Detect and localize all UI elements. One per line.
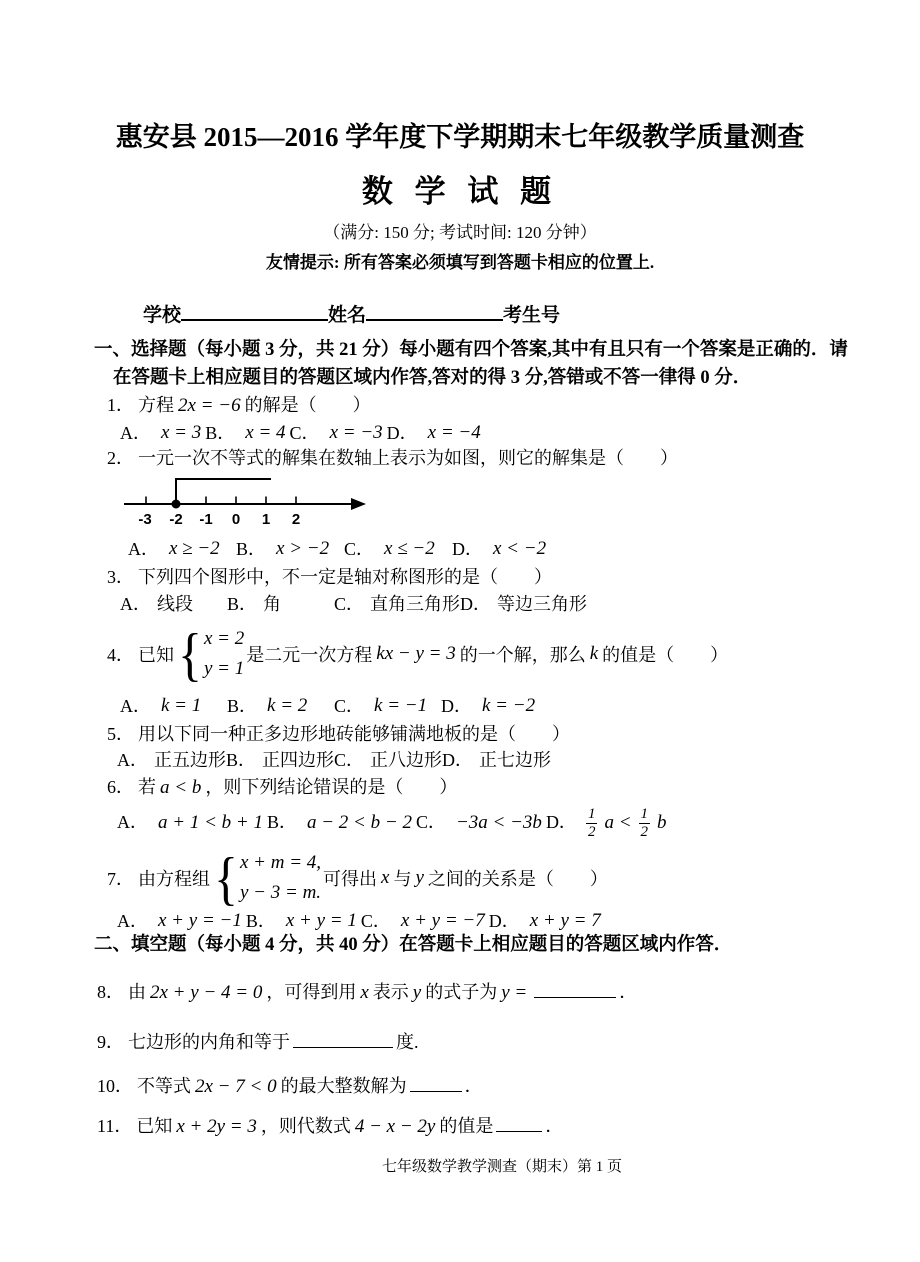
option-a: A．线段 (120, 593, 227, 616)
tick-label: -3 (138, 511, 151, 528)
option-math: a < (604, 811, 631, 836)
option-b: B．x = 4 (205, 421, 289, 446)
stem-math: y (413, 982, 421, 1003)
option-label: C． (344, 538, 374, 561)
stem-text: 若 (138, 777, 156, 797)
stem-math: x (360, 982, 368, 1003)
option-label: A． (117, 910, 148, 933)
option-a: A．x + y = −1 (117, 909, 246, 934)
option-label: B． (246, 910, 276, 933)
school-label: 学校 (143, 305, 181, 326)
option-value: 等边三角形 (497, 593, 587, 616)
stem-text: 的式子为 (425, 982, 497, 1002)
option-c: C．x + y = −7 (361, 909, 489, 934)
option-math: b (657, 811, 667, 836)
question-5-options: A．正五边形 B．正四边形 C．正八边形 D．正七边形 (117, 749, 551, 772)
question-number: 8． (97, 982, 124, 1002)
option-value: a − 2 < b − 2 (307, 811, 412, 836)
stem-text: 七边形的内角和等于 (128, 1032, 290, 1052)
stem-text: 可得出 (323, 865, 377, 891)
option-c: C．k = −1 (334, 694, 441, 719)
option-d: D．k = −2 (441, 694, 548, 719)
section-choice-heading-line2: 在答题卡上相应题目的答题区域内作答,答对的得 3 分,答错或不答一律得 0 分． (113, 366, 751, 390)
option-label: D． (489, 910, 520, 933)
tick-label: -2 (169, 511, 182, 528)
option-d: D．x < −2 (452, 537, 560, 562)
fraction-numerator: 1 (641, 806, 649, 823)
option-value: a + 1 < b + 1 (158, 811, 263, 836)
stem-math: kx − y = 3 (376, 643, 455, 665)
option-c: C．−3a < −3b (416, 811, 546, 836)
option-label: D． (460, 593, 491, 616)
option-value: x = 4 (245, 421, 285, 446)
option-c: C．x ≤ −2 (344, 537, 452, 562)
stem-text: 的一个解，那么 (460, 641, 586, 667)
stem-text: 不等式 (137, 1076, 191, 1096)
option-label: A． (120, 593, 151, 616)
option-b: B．k = 2 (227, 694, 334, 719)
question-4-options: A．k = 1 B．k = 2 C．k = −1 D．k = −2 (120, 694, 548, 719)
option-label: B． (226, 749, 256, 772)
option-label: C． (334, 593, 364, 616)
answer-blank (293, 1031, 393, 1048)
fraction-denominator: 2 (639, 823, 651, 841)
system-equation-1: x = 2 (204, 624, 244, 654)
option-label: D． (442, 749, 473, 772)
option-c: C．x = −3 (290, 421, 387, 446)
question-number: 5． (107, 724, 134, 744)
equation-system: x + m = 4, y − 3 = m. (240, 848, 321, 909)
option-d: D．等边三角形 (460, 593, 587, 616)
option-value: 正八边形 (370, 749, 442, 772)
section-fill-heading: 二、填空题（每小题 4 分，共 40 分）在答题卡上相应题目的答题区域内作答． (94, 933, 732, 957)
question-1-stem: 1．方程2x = −6的解是（ ） (107, 394, 371, 419)
option-label: A． (128, 538, 159, 561)
option-value: k = −1 (374, 694, 427, 719)
option-value: x + y = −7 (401, 909, 485, 934)
fraction: 12 (639, 806, 651, 840)
tick-label: -1 (199, 511, 212, 528)
option-d: D．x = −4 (387, 421, 485, 446)
stem-math: a < b (160, 777, 201, 798)
option-label: C． (290, 422, 320, 445)
stem-text: 的值是（ ） (602, 641, 728, 667)
exam-meta: （满分: 150 分; 考试时间: 120 分钟） (0, 222, 920, 244)
question-9: 9．七边形的内角和等于度. (97, 1031, 419, 1054)
stem-text: 方程 (138, 395, 174, 415)
system-equation-1: x + m = 4, (240, 848, 321, 878)
option-value: x ≤ −2 (384, 537, 435, 562)
question-number: 4． (107, 641, 134, 667)
system-equation-2: y − 3 = m. (240, 878, 321, 908)
question-4-stem: 4．已知 { x = 2 y = 1 是二元一次方程kx − y = 3的一个解… (107, 618, 728, 690)
answer-blank (410, 1075, 462, 1092)
answer-blank (534, 981, 616, 998)
option-d: D． 12 a < 12 b (546, 806, 671, 840)
question-number: 2． (107, 448, 134, 468)
question-5-stem: 5．用以下同一种正多边形地砖能够铺满地板的是（ ） (107, 723, 570, 746)
stem-text: 用以下同一种正多边形地砖能够铺满地板的是（ ） (138, 724, 570, 744)
name-blank (366, 301, 503, 321)
question-number: 7． (107, 865, 134, 891)
option-value: x + y = −1 (158, 909, 242, 934)
option-value: −3a < −3b (456, 811, 542, 836)
axis-arrowhead (351, 498, 366, 510)
exam-notice: 友情提示: 所有答案必须填写到答题卡相应的位置上. (0, 252, 920, 274)
system-brace: { (214, 849, 238, 908)
exam-page: 惠安县 2015—2016 学年度下学期期末七年级教学质量测查 数 学 试 题 … (0, 0, 920, 1262)
option-a: A．x = 3 (120, 421, 205, 446)
fraction-denominator: 2 (586, 823, 598, 841)
fraction: 12 (586, 806, 598, 840)
option-label: D． (387, 422, 418, 445)
option-value: x + y = 7 (530, 909, 601, 934)
page-title: 惠安县 2015—2016 学年度下学期期末七年级教学质量测查 (0, 120, 920, 155)
option-label: C． (361, 910, 391, 933)
subject-title: 数 学 试 题 (0, 172, 920, 212)
option-d: D．x + y = 7 (489, 909, 605, 934)
stem-text: 的解是（ ） (245, 395, 371, 415)
stem-math: 2x − 7 < 0 (195, 1076, 277, 1097)
option-value: x < −2 (493, 537, 546, 562)
option-b: B．a − 2 < b − 2 (267, 811, 416, 836)
option-value: x = −4 (428, 421, 481, 446)
stem-text: 由方程组 (138, 865, 210, 891)
option-b: B．角 (227, 593, 334, 616)
stem-text: ． (619, 982, 637, 1002)
option-value: k = −2 (482, 694, 535, 719)
stem-math: 2x + y − 4 = 0 (150, 982, 262, 1003)
option-value: x = 3 (161, 421, 201, 446)
option-label: A． (120, 422, 151, 445)
option-label: A． (120, 695, 151, 718)
option-a: A．x ≥ −2 (128, 537, 236, 562)
stem-math: 2x = −6 (178, 395, 241, 416)
stem-text: 下列四个图形中，不一定是轴对称图形的是（ ） (138, 567, 552, 587)
question-1-options: A．x = 3 B．x = 4 C．x = −3 D．x = −4 (120, 421, 485, 446)
option-b: B．正四边形 (226, 749, 334, 772)
option-value: 线段 (157, 593, 193, 616)
option-a: A．k = 1 (120, 694, 227, 719)
question-2-options: A．x ≥ −2 B．x > −2 C．x ≤ −2 D．x < −2 (128, 537, 560, 562)
stem-math: y (415, 867, 423, 889)
fraction-numerator: 1 (588, 806, 596, 823)
option-a: A．a + 1 < b + 1 (117, 811, 267, 836)
stem-text: 是二元一次方程 (246, 641, 372, 667)
option-label: B． (227, 593, 257, 616)
option-c: C．正八边形 (334, 749, 442, 772)
option-a: A．正五边形 (117, 749, 226, 772)
closed-endpoint-dot (172, 500, 181, 509)
option-label: B． (227, 695, 257, 718)
option-value: x + y = 1 (286, 909, 357, 934)
option-d: D．正七边形 (442, 749, 551, 772)
option-value: 正四边形 (262, 749, 334, 772)
question-number: 6． (107, 777, 134, 797)
option-b: B．x > −2 (236, 537, 344, 562)
stem-text: ，则下列结论错误的是（ ） (205, 777, 457, 797)
stem-text: ，可得到用 (266, 982, 356, 1002)
stem-math: x + 2y = 3 (176, 1116, 257, 1137)
tick-label: 1 (262, 511, 270, 528)
question-6-stem: 6．若a < b，则下列结论错误的是（ ） (107, 776, 457, 801)
option-value: k = 1 (161, 694, 201, 719)
option-value: k = 2 (267, 694, 307, 719)
option-label: B． (236, 538, 266, 561)
stem-text: 已知 (138, 641, 174, 667)
question-8: 8．由2x + y − 4 = 0，可得到用x表示y的式子为y =． (97, 981, 637, 1006)
stem-text: 一元一次不等式的解集在数轴上表示为如图，则它的解集是（ ） (138, 448, 678, 468)
tick-label: 2 (292, 511, 300, 528)
stem-text: ． (545, 1116, 563, 1136)
option-label: D． (452, 538, 483, 561)
stem-text: ． (465, 1076, 483, 1096)
stem-math: x (381, 867, 389, 889)
option-value: x > −2 (276, 537, 329, 562)
stem-text: 的值是 (439, 1116, 493, 1136)
option-value: 正五边形 (154, 749, 226, 772)
stem-math: k (590, 643, 598, 665)
option-b: B．x + y = 1 (246, 909, 361, 934)
equation-system: x = 2 y = 1 (204, 624, 244, 685)
system-equation-2: y = 1 (204, 654, 244, 684)
option-value: 直角三角形 (370, 593, 460, 616)
question-3-options: A．线段 B．角 C．直角三角形 D．等边三角形 (120, 593, 587, 616)
candidate-label: 考生号 (503, 305, 560, 326)
tick-label: 0 (232, 511, 240, 528)
stem-math: 4 − x − 2y (355, 1116, 436, 1137)
question-number: 11． (97, 1116, 132, 1136)
question-6-options: A．a + 1 < b + 1 B．a − 2 < b − 2 C．−3a < … (117, 800, 671, 846)
question-number: 1． (107, 395, 134, 415)
option-c: C．直角三角形 (334, 593, 460, 616)
question-number: 9． (97, 1032, 124, 1052)
question-number: 10． (97, 1076, 133, 1096)
answer-blank (496, 1115, 542, 1132)
question-7-stem: 7．由方程组 { x + m = 4, y − 3 = m. 可得出x与y之间的… (107, 846, 608, 910)
name-label: 姓名 (328, 305, 366, 326)
system-brace: { (178, 625, 202, 684)
stem-text: 与 (393, 865, 411, 891)
stem-text: 由 (128, 982, 146, 1002)
solution-ray (176, 479, 271, 504)
stem-text: 表示 (373, 982, 409, 1002)
question-11: 11．已知x + 2y = 3，则代数式4 − x − 2y的值是． (97, 1115, 563, 1140)
stem-text: 的最大整数解为 (281, 1076, 407, 1096)
option-value: x = −3 (330, 421, 383, 446)
option-label: C． (334, 749, 364, 772)
option-label: C． (416, 811, 446, 834)
candidate-info-line: 学校姓名考生号 (143, 301, 560, 329)
question-7-options: A．x + y = −1 B．x + y = 1 C．x + y = −7 D．… (117, 909, 605, 934)
option-value: x ≥ −2 (169, 537, 220, 562)
question-3-stem: 3．下列四个图形中，不一定是轴对称图形的是（ ） (107, 566, 552, 589)
option-label: A． (117, 811, 148, 834)
option-label: B． (267, 811, 297, 834)
school-blank (181, 301, 328, 321)
stem-text: 之间的关系是（ ） (428, 865, 608, 891)
section-choice-heading-line1: 一、选择题（每小题 3 分，共 21 分）每小题有四个答案,其中有且只有一个答案… (94, 338, 848, 362)
stem-text: 已知 (136, 1116, 172, 1136)
option-value: 角 (263, 593, 281, 616)
option-label: B． (205, 422, 235, 445)
option-label: A． (117, 749, 148, 772)
question-10: 10．不等式2x − 7 < 0的最大整数解为． (97, 1075, 483, 1100)
option-label: C． (334, 695, 364, 718)
stem-text: 度. (396, 1032, 419, 1052)
stem-text: ，则代数式 (261, 1116, 351, 1136)
question-number: 3． (107, 567, 134, 587)
option-value: 正七边形 (479, 749, 551, 772)
stem-math: y = (501, 982, 527, 1003)
option-label: D． (546, 811, 577, 834)
option-label: D． (441, 695, 472, 718)
page-footer: 七年级数学教学测查（期末）第 1 页 (0, 1158, 920, 1178)
number-line-figure: -3 -2 -1 0 1 2 (116, 466, 372, 530)
